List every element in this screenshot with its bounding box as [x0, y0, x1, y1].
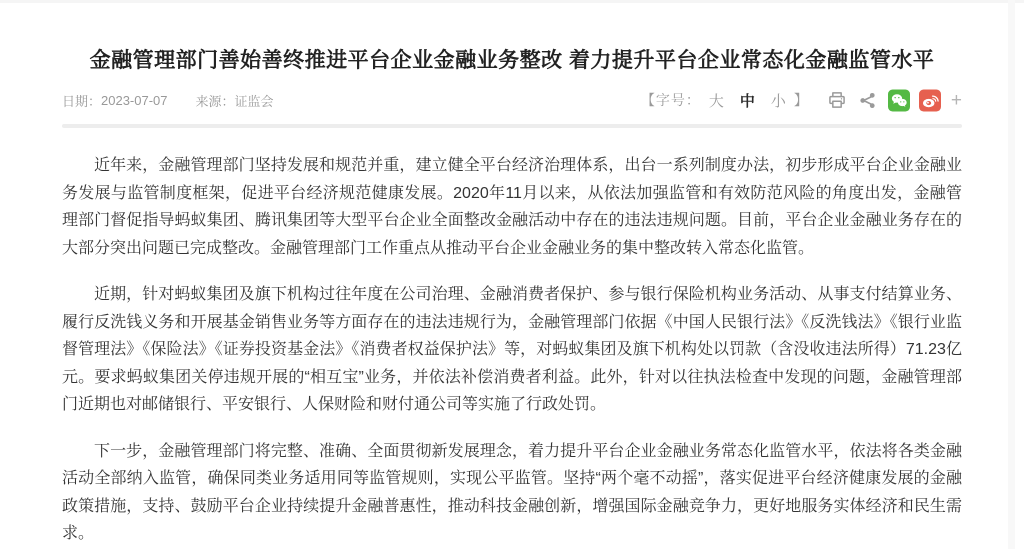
article-toolbar: 【字号： 大 中 小 】 — [641, 89, 962, 111]
weibo-icon[interactable] — [919, 89, 941, 111]
source-label: 来源： — [196, 91, 235, 110]
wechat-icon[interactable] — [888, 89, 910, 111]
article-meta-row: 日期：2023-07-07 来源：证监会 【字号： 大 中 小 】 — [62, 89, 962, 111]
article-meta: 日期：2023-07-07 来源：证监会 — [62, 91, 274, 110]
page-title: 金融管理部门善始善终推进平台企业金融业务整改 着力提升平台企业常态化金融监管水平 — [62, 44, 962, 74]
font-size-small-button[interactable]: 小 — [768, 90, 789, 111]
date-value: 2023-07-07 — [101, 93, 168, 108]
page-top-edge — [0, 0, 1024, 3]
font-size-medium-button[interactable]: 中 — [737, 90, 758, 111]
font-size-large-button[interactable]: 大 — [706, 90, 727, 111]
source-value: 证监会 — [235, 91, 274, 110]
printer-icon[interactable] — [826, 89, 848, 111]
article-body: 近年来，金融管理部门坚持发展和规范并重，建立健全平台经济治理体系，出台一系列制度… — [62, 152, 962, 548]
share-icon[interactable] — [857, 89, 879, 111]
font-size-label: 【字号： — [641, 90, 701, 110]
font-size-label-close: 】 — [794, 90, 809, 110]
article-paragraph: 近期，针对蚂蚁集团及旗下机构过往年度在公司治理、金融消费者保护、参与银行保险机构… — [62, 281, 962, 419]
article-paragraph: 下一步，金融管理部门将完整、准确、全面贯彻新发展理念，着力提升平台企业金融业务常… — [62, 438, 962, 548]
article-container: 金融管理部门善始善终推进平台企业金融业务整改 着力提升平台企业常态化金融监管水平… — [0, 44, 1024, 548]
header-divider — [62, 124, 962, 128]
date-label: 日期： — [62, 91, 101, 110]
plus-icon[interactable]: + — [951, 91, 962, 110]
article-paragraph: 近年来，金融管理部门坚持发展和规范并重，建立健全平台经济治理体系，出台一系列制度… — [62, 152, 962, 262]
